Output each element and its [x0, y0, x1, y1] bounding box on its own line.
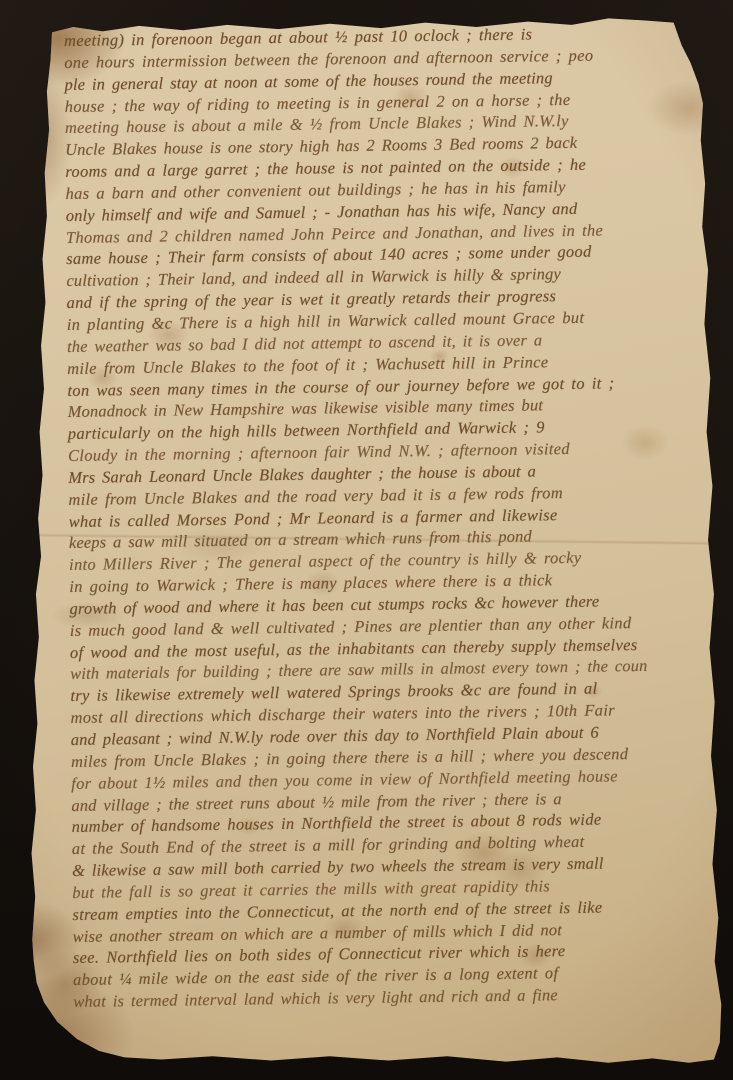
manuscript-text: meeting) in forenoon began at about ½ pa…: [64, 21, 721, 1013]
manuscript-page: meeting) in forenoon began at about ½ pa…: [0, 0, 733, 1080]
photograph-background: meeting) in forenoon began at about ½ pa…: [0, 0, 733, 1080]
